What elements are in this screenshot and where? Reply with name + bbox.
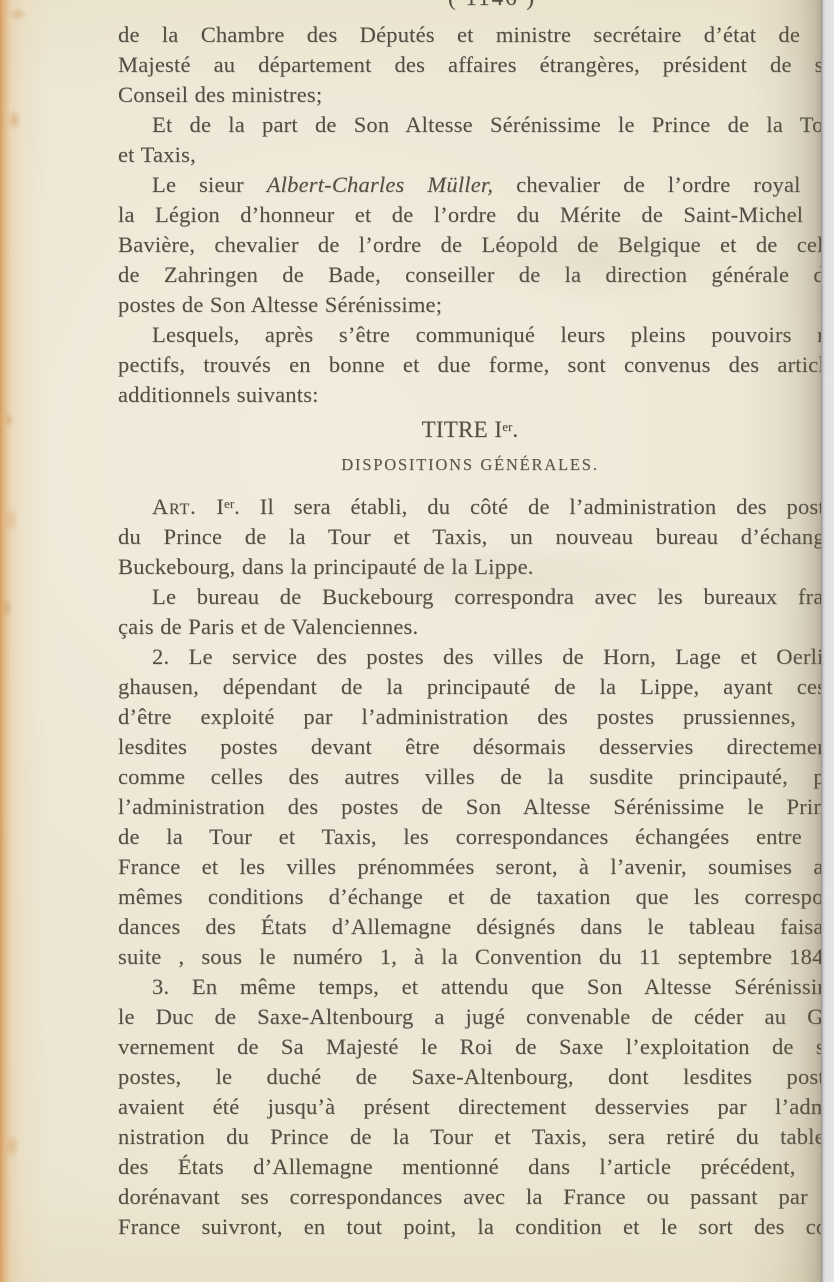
title-ordinal-sup: er bbox=[502, 419, 512, 434]
text-line: pectifs, trouvés en bonne et due forme, … bbox=[118, 350, 822, 380]
section-subtitle: DISPOSITIONS GÉNÉRALES. bbox=[118, 454, 822, 476]
text-line: çais de Paris et de Valenciennes. bbox=[118, 612, 822, 642]
text-line: 3. En même temps, et attendu que Son Alt… bbox=[118, 972, 822, 1002]
text-line: France et les villes prénommées seront, … bbox=[118, 852, 822, 882]
body-text: de la Chambre des Députés et ministre se… bbox=[118, 20, 822, 1282]
text-line: Lesquels, après s’être communiqué leurs … bbox=[118, 320, 822, 350]
text-line: suite , sous le numéro 1, à la Conventio… bbox=[118, 942, 822, 972]
text-line: d’être exploité par l’administration des… bbox=[118, 702, 822, 732]
text-line: de Zahringen de Bade, conseiller de la d… bbox=[118, 260, 822, 290]
text-line: le Duc de Saxe-Altenbourg a jugé convena… bbox=[118, 1002, 822, 1032]
text-line: Art. Ier. Il sera établi, du côté de l’a… bbox=[118, 492, 822, 522]
title-numeral: I bbox=[488, 417, 502, 442]
text-line: et Taxis, bbox=[118, 140, 822, 170]
article-numeral: I bbox=[197, 494, 224, 519]
text-line: vernement de Sa Majesté le Roi de Saxe l… bbox=[118, 1032, 822, 1062]
text-run: . Il sera établi, du côté de l’administr… bbox=[234, 494, 822, 519]
article-ordinal-sup: er bbox=[224, 496, 234, 511]
page-scan: ( 1146 ) de la Chambre des Députés et mi… bbox=[0, 0, 834, 1282]
text-line: 2. Le service des postes des villes de H… bbox=[118, 642, 822, 672]
title-word: TITRE bbox=[422, 417, 488, 442]
text-line: postes de Son Altesse Sérénissime; bbox=[118, 290, 822, 320]
text-line: mêmes conditions d’échange et de taxatio… bbox=[118, 882, 822, 912]
page-number: ( 1146 ) bbox=[140, 0, 834, 11]
text-line: Et de la part de Son Altesse Sérénissime… bbox=[118, 110, 822, 140]
scan-background-strip bbox=[821, 0, 834, 1282]
text-line: dorénavant ses correspondances avec la F… bbox=[118, 1182, 822, 1212]
text-line: la Légion d’honneur et de l’ordre du Mér… bbox=[118, 200, 822, 230]
text-line: comme celles des autres villes de la sus… bbox=[118, 762, 822, 792]
text-line: Buckebourg, dans la principauté de la Li… bbox=[118, 552, 822, 582]
page-left-edge bbox=[0, 0, 60, 1282]
text-line: Bavière, chevalier de l’ordre de Léopold… bbox=[118, 230, 822, 260]
text-line: dances des États d’Allemagne désignés da… bbox=[118, 912, 822, 942]
title-dot: . bbox=[512, 417, 518, 442]
text-line: l’administration des postes de Son Altes… bbox=[118, 792, 822, 822]
section-title: TITRE Ier. bbox=[118, 416, 822, 444]
text-run: chevalier de l’ordre royal d bbox=[493, 172, 822, 197]
text-line: France suivront, en tout point, la condi… bbox=[118, 1212, 822, 1242]
text-line: ghausen, dépendant de la principauté de … bbox=[118, 672, 822, 702]
text-line: lesdites postes devant être désormais de… bbox=[118, 732, 822, 762]
text-line: Le bureau de Buckebourg correspondra ave… bbox=[118, 582, 822, 612]
text-line: avaient été jusqu’à présent directement … bbox=[118, 1092, 822, 1122]
text-run: Le sieur bbox=[152, 172, 267, 197]
text-line: Conseil des ministres; bbox=[118, 80, 822, 110]
text-line: de la Chambre des Députés et ministre se… bbox=[118, 20, 822, 50]
text-line: Le sieur Albert-Charles Müller, chevalie… bbox=[118, 170, 822, 200]
text-line: des États d’Allemagne mentionné dans l’a… bbox=[118, 1152, 822, 1182]
article-label: Art. bbox=[152, 494, 197, 519]
text-line: du Prince de la Tour et Taxis, un nouvea… bbox=[118, 522, 822, 552]
text-line: nistration du Prince de la Tour et Taxis… bbox=[118, 1122, 822, 1152]
text-line: de la Tour et Taxis, les correspondances… bbox=[118, 822, 822, 852]
person-name-italic: Albert-Charles Müller, bbox=[267, 172, 493, 197]
text-line: Majesté au département des affaires étra… bbox=[118, 50, 822, 80]
text-line: postes, le duché de Saxe-Altenbourg, don… bbox=[118, 1062, 822, 1092]
text-line: additionnels suivants: bbox=[118, 380, 822, 410]
